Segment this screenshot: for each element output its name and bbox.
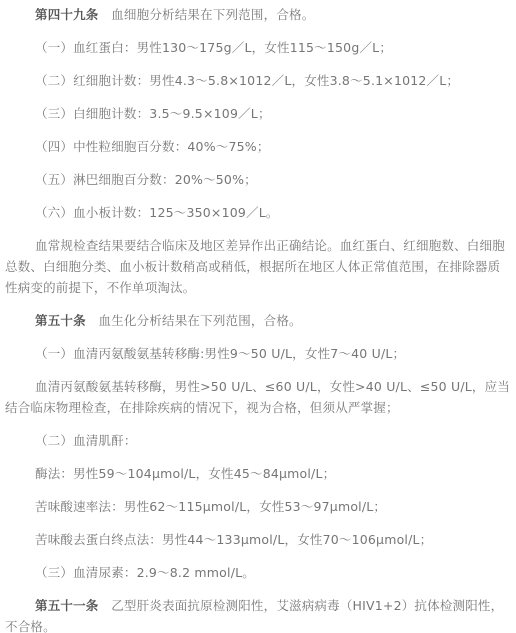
paragraph-article-50: 第五十条 血生化分析结果在下列范围，合格。 (5, 310, 510, 331)
item-picric-acid-deprotein-endpoint-method: 苦味酸去蛋白终点法：男性44～133μmol/L，女性70～106μmol/L； (5, 529, 510, 550)
item-wbc-count: （三）白细胞计数：3.5～9.5×109／L； (5, 103, 510, 124)
paragraph-article-51: 第五十一条 乙型肝炎表面抗原检测阳性，艾滋病病毒（HIV1+2）抗体检测阳性，不… (5, 595, 510, 633)
item-platelet-count-text: （六）血小板计数：125～350×109／L。 (35, 205, 279, 220)
note-blood-routine-text: 血常规检查结果要结合临床及地区差异作出正确结论。血红蛋白、红细胞数、白细胞总数、… (5, 238, 505, 295)
article-49-text: 血细胞分析结果在下列范围，合格。 (99, 7, 315, 22)
article-50-number: 第五十条 (35, 313, 86, 328)
item-lymphocyte-percent-text: （五）淋巴细胞百分数：20%～50%； (35, 172, 257, 187)
article-50-text: 血生化分析结果在下列范围，合格。 (86, 313, 302, 328)
item-alt-text: （一）血清丙氨酸氨基转移酶:男性9～50 U/L，女性7～40 U/L； (35, 346, 405, 361)
item-neutrophil-percent-text: （四）中性粒细胞百分数：40%～75%； (35, 139, 270, 154)
item-rbc-count-text: （二）红细胞计数：男性4.3～5.8×1012／L，女性3.8～5.1×1012… (35, 73, 459, 88)
item-serum-urea: （三）血清尿素：2.9～8.2 mmol/L。 (5, 562, 510, 583)
item-hemoglobin-text: （一）血红蛋白：男性130～175g／L，女性115～150g／L； (35, 40, 392, 55)
item-alt: （一）血清丙氨酸氨基转移酶:男性9～50 U/L，女性7～40 U/L； (5, 343, 510, 364)
item-serum-urea-text: （三）血清尿素：2.9～8.2 mmol/L。 (35, 565, 255, 580)
item-enzymatic-method-text: 酶法：男性59～104μmol/L，女性45～84μmol/L； (35, 466, 335, 481)
paragraph-article-49: 第四十九条 血细胞分析结果在下列范围，合格。 (5, 4, 510, 25)
item-serum-creatinine: （二）血清肌酐： (5, 430, 510, 451)
article-49-number: 第四十九条 (35, 7, 99, 22)
note-blood-routine: 血常规检查结果要结合临床及地区差异作出正确结论。血红蛋白、红细胞数、白细胞总数、… (5, 235, 510, 298)
item-picric-acid-rate-method: 苦味酸速率法：男性62～115μmol/L，女性53～97μmol/L； (5, 496, 510, 517)
item-picric-acid-deprotein-endpoint-method-text: 苦味酸去蛋白终点法：男性44～133μmol/L，女性70～106μmol/L； (35, 532, 432, 547)
item-neutrophil-percent: （四）中性粒细胞百分数：40%～75%； (5, 136, 510, 157)
item-wbc-count-text: （三）白细胞计数：3.5～9.5×109／L； (35, 106, 271, 121)
item-serum-creatinine-text: （二）血清肌酐： (35, 433, 137, 448)
article-51-number: 第五十一条 (35, 598, 99, 613)
item-hemoglobin: （一）血红蛋白：男性130～175g／L，女性115～150g／L； (5, 37, 510, 58)
note-alt-borderline: 血清丙氨酸氨基转移酶，男性>50 U/L、≤60 U/L，女性>40 U/L、≤… (5, 376, 510, 418)
note-alt-borderline-text: 血清丙氨酸氨基转移酶，男性>50 U/L、≤60 U/L，女性>40 U/L、≤… (5, 379, 510, 415)
item-rbc-count: （二）红细胞计数：男性4.3～5.8×1012／L，女性3.8～5.1×1012… (5, 70, 510, 91)
document-body: 第四十九条 血细胞分析结果在下列范围，合格。 （一）血红蛋白：男性130～175… (0, 0, 516, 633)
item-lymphocyte-percent: （五）淋巴细胞百分数：20%～50%； (5, 169, 510, 190)
item-picric-acid-rate-method-text: 苦味酸速率法：男性62～115μmol/L，女性53～97μmol/L； (35, 499, 386, 514)
item-enzymatic-method: 酶法：男性59～104μmol/L，女性45～84μmol/L； (5, 463, 510, 484)
item-platelet-count: （六）血小板计数：125～350×109／L。 (5, 202, 510, 223)
